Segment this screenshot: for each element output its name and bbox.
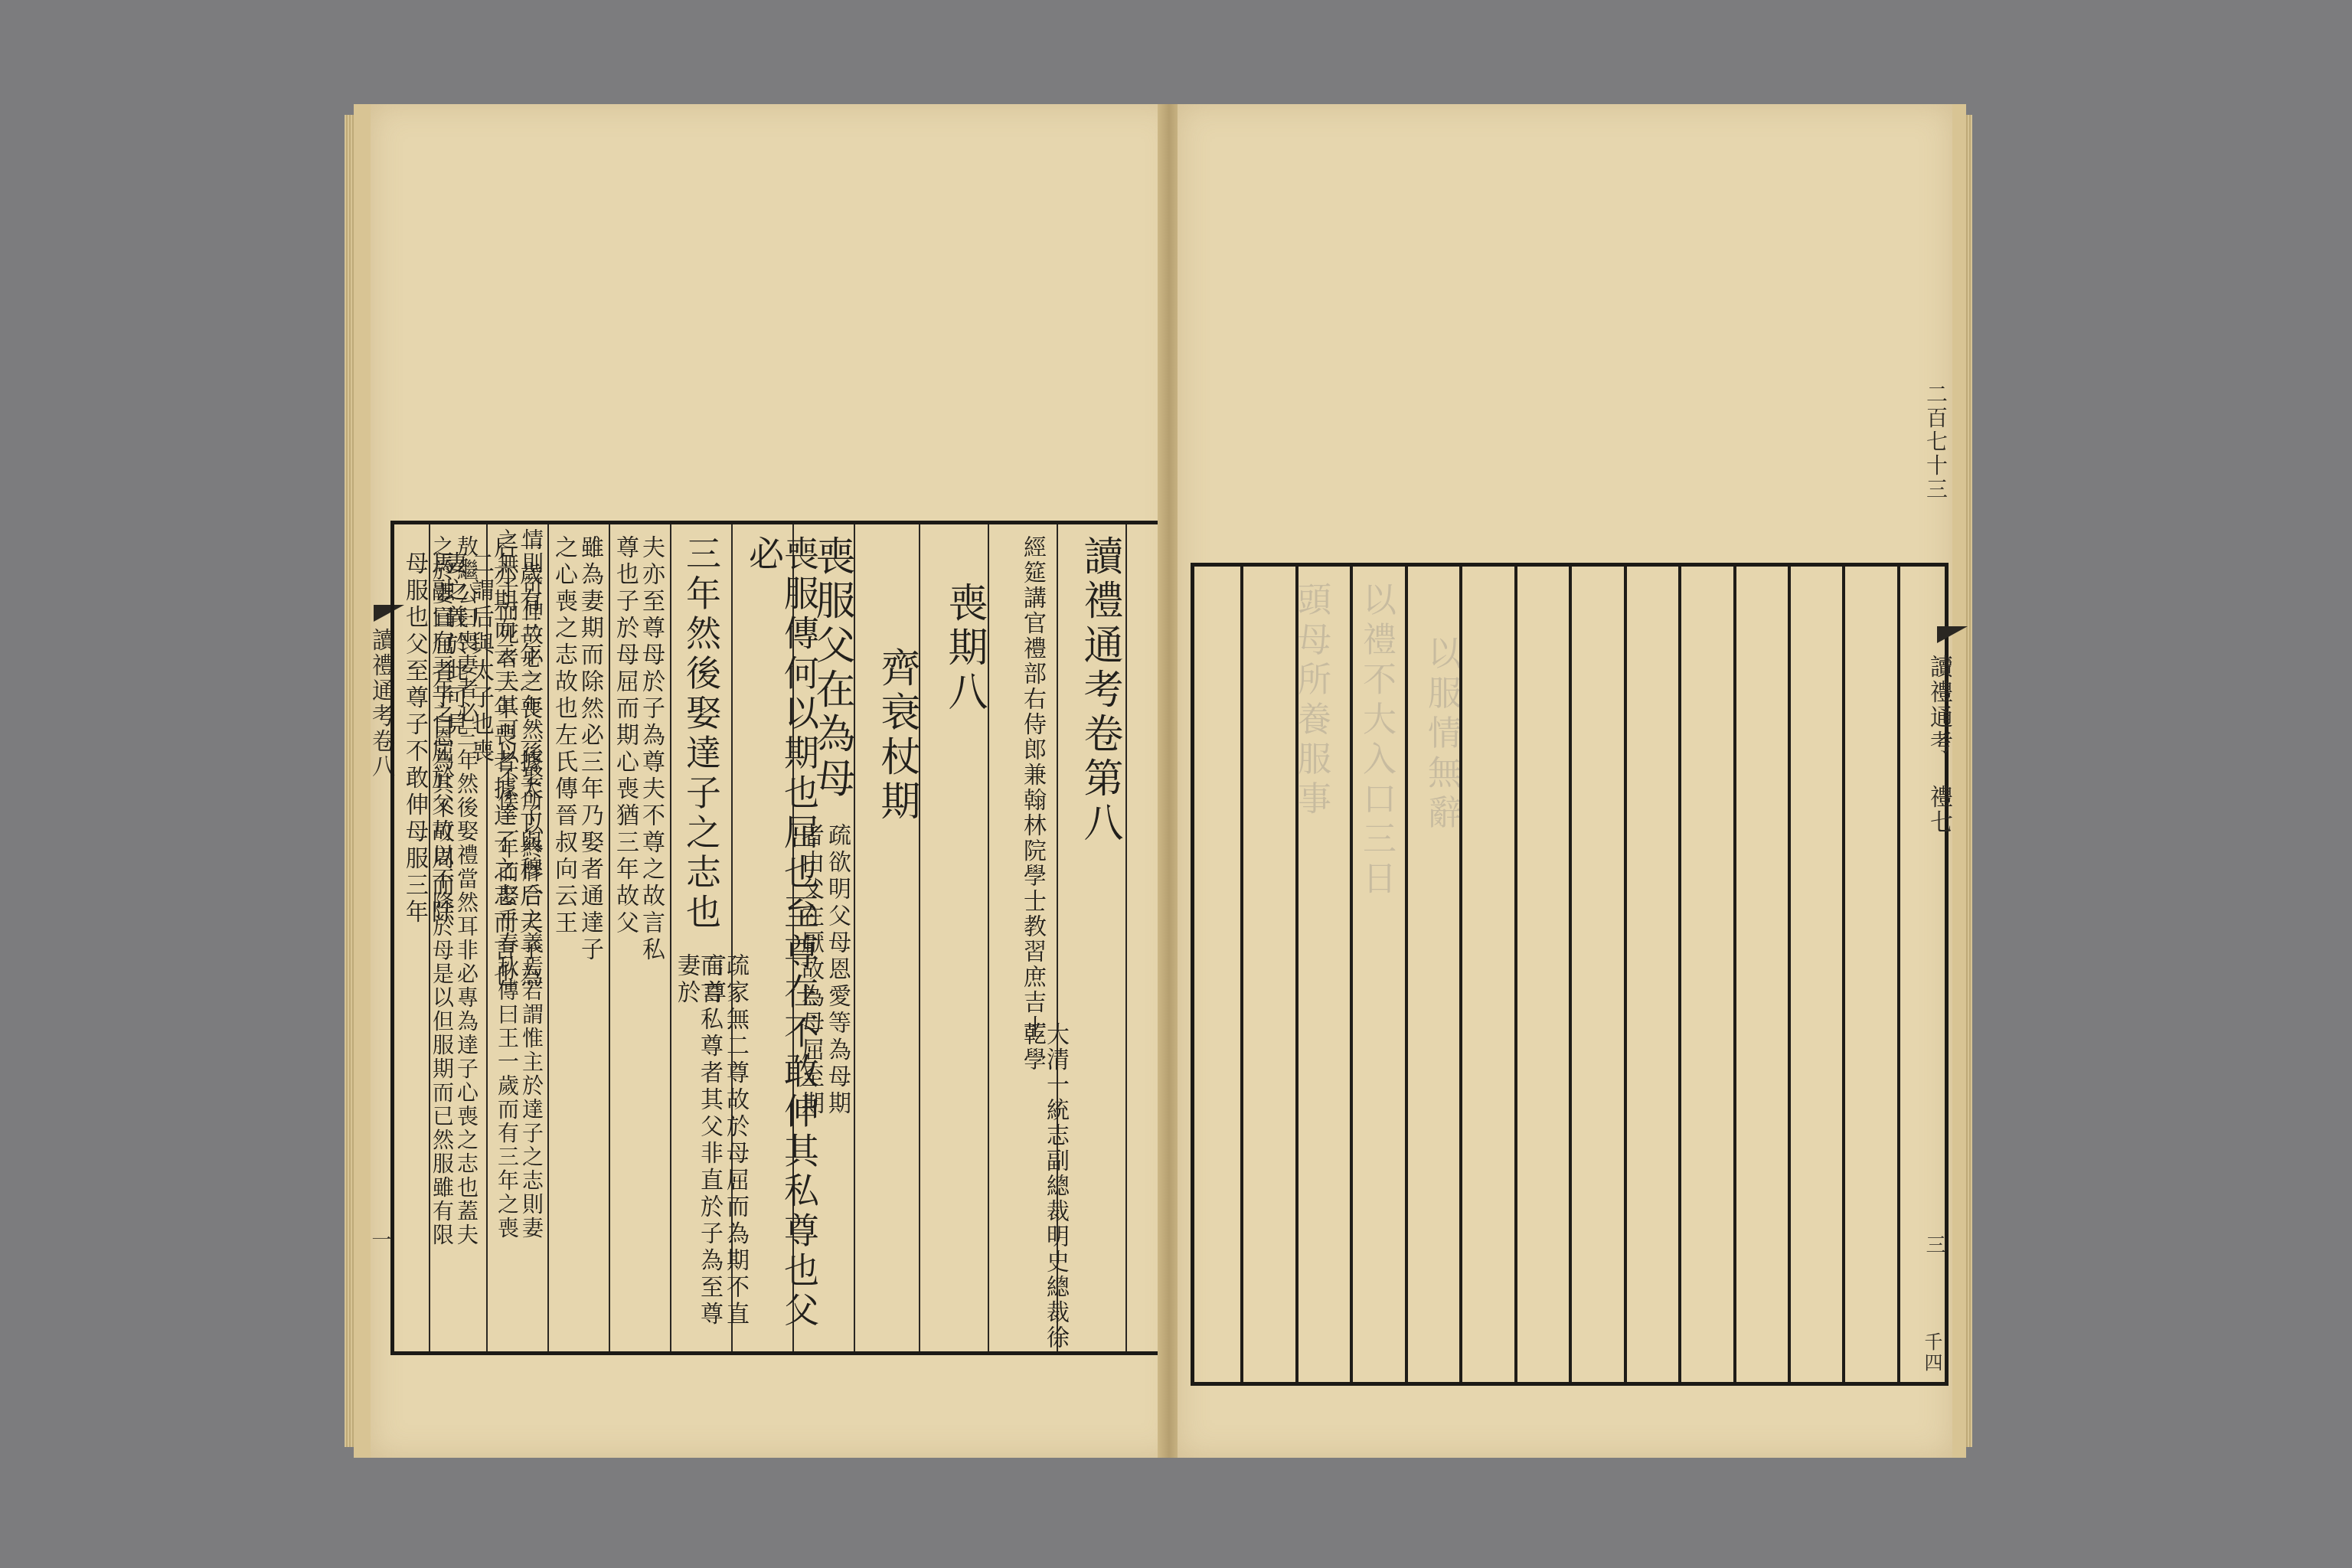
main-text-column-3: 三年然後娶達子之志也 — [684, 535, 719, 933]
annotation-line: 而言私尊者其父非直於子為至尊妻於 — [675, 953, 720, 1351]
annotation-line: 疏欲明父母恩愛等為母期 — [825, 823, 848, 1118]
show-through-text: 以服情無辭 — [1424, 635, 1458, 835]
annotation-line: 馬融曰屈者子自屈於父故周而除 — [429, 551, 452, 926]
annotation-line: 之無子而死者夫其可以不俟三年而娶乎春秋傳曰王一歲而有三年之喪 — [496, 528, 518, 1240]
section-heading: 喪期八 — [944, 582, 984, 715]
show-through-text: 以禮不大入口三日 — [1359, 582, 1393, 900]
right-fold-page-number-top: 二百七十三 — [1920, 383, 1951, 501]
annotation-line: 夫亦至尊母於子為尊夫不尊之故言私 — [639, 535, 662, 964]
annotation-line: 母服也父至尊子不敢伸母服三年 — [403, 551, 426, 926]
annotation-line: 情則可伸故必三年然後娶所以終牉合之義焉若謂惟主於達子之志則妻 — [521, 528, 542, 1240]
right-fold-label: 讀禮通考 禮七 — [1922, 655, 1955, 835]
annotation-line: 二謂后與太子也喪 — [469, 551, 492, 766]
subheading: 齊衰杖期 — [877, 647, 916, 825]
main-text-column-2: 喪服傳何以期也屈也至尊在不敢伸其私尊也父必 — [746, 535, 817, 1351]
right-fold-marker-bottom: 千四 — [1919, 1332, 1945, 1374]
show-through-text: 頭母所養服事 — [1294, 582, 1328, 821]
annotation-line: 尊也子於母屈而期心喪猶三年故父 — [613, 535, 636, 937]
compiler-credit-part2: 大清一統志副總裁明史總裁徐乾學 — [1021, 1022, 1067, 1351]
right-fold-page-number-bottom: 三 — [1920, 1234, 1949, 1256]
annotation-line: 雖為妻期而除然必三年乃娶者通達子 — [578, 535, 601, 964]
annotation-line: 之心喪之志故也左氏傳晉叔向云王 — [552, 535, 575, 937]
fishtail-mark-icon — [1937, 626, 1968, 643]
compiler-credit-part1: 經筵講官禮部右侍郎兼翰林院學士教習庶吉士 — [1021, 535, 1044, 1040]
right-ruled-frame: 以禮不大入口三日 頭母所養服事 以服情無辭 — [1191, 563, 1949, 1386]
volume-title: 讀禮通考卷第八 — [1080, 535, 1119, 846]
